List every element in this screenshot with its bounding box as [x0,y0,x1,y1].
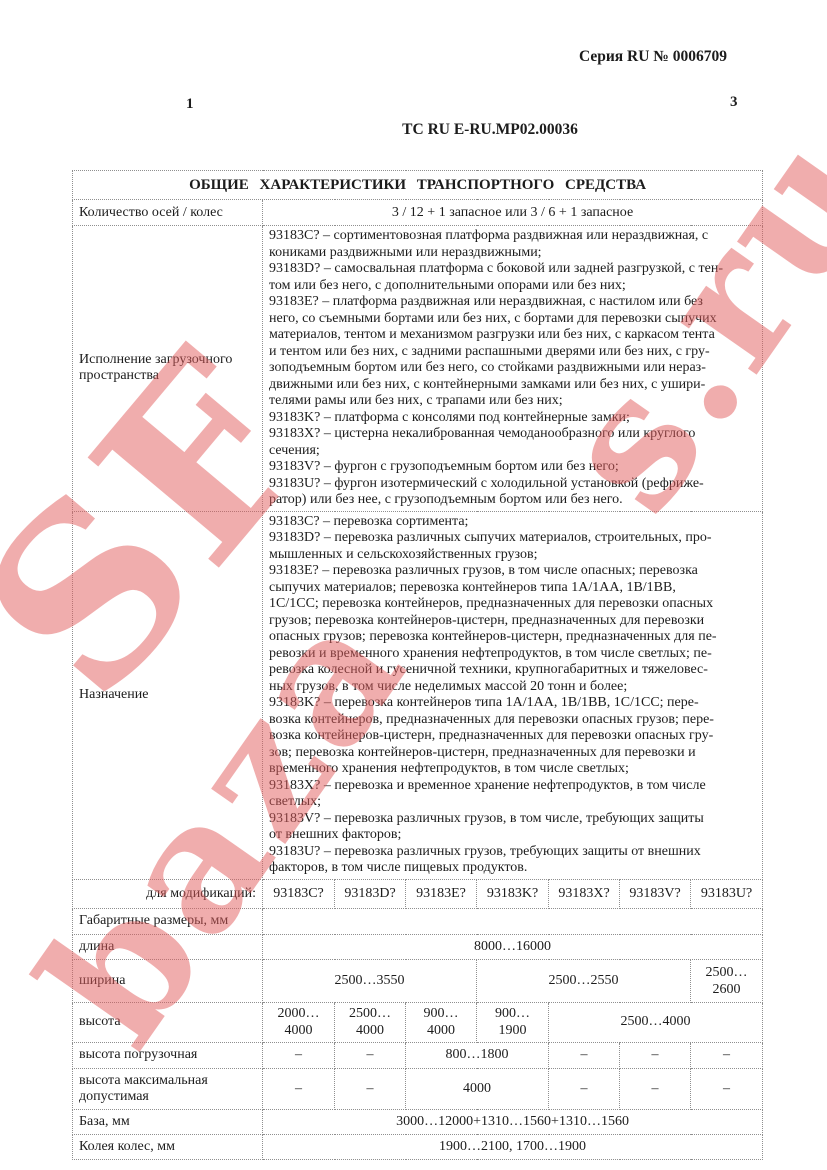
max-height-value: – [691,1068,763,1109]
axes-label: Количество осей / колес [73,200,263,226]
loading-height-value: – [263,1042,335,1068]
height-value: 900… 4000 [406,1002,477,1042]
max-height-value: – [549,1068,620,1109]
track-label: Колея колес, мм [73,1134,263,1159]
table-title-row: ОБЩИЕ ХАРАКТЕРИСТИКИ ТРАНСПОРТНОГО СРЕДС… [73,171,763,200]
dimensions-empty-cell [263,908,763,934]
loading-height-label: высота погрузочная [73,1042,263,1068]
height-row: высота 2000… 4000 2500… 4000 900… 4000 9… [73,1002,763,1042]
track-value: 1900…2100, 1700…1900 [263,1134,763,1159]
height-value: 900… 1900 [477,1002,549,1042]
base-label: База, мм [73,1109,263,1134]
approval-number: ТС RU E-RU.MP02.00036 [160,121,820,139]
max-height-row: высота максимальная допустимая – – 4000 … [73,1068,763,1109]
document-page: Серия RU № 0006709 1 3 ТС RU E-RU.MP02.0… [0,0,827,1170]
cargo-space-label: Исполнение загрузочного пространства [73,226,263,512]
loading-height-value: 800…1800 [406,1042,549,1068]
cargo-space-row: Исполнение загрузочного пространства 931… [73,226,763,512]
max-height-label: высота максимальная допустимая [73,1068,263,1109]
modification-code: 93183V? [620,879,691,908]
dimensions-label: Габаритные размеры, мм [73,908,263,934]
page-number-left: 1 [186,96,194,113]
base-value: 3000…12000+1310…1560+1310…1560 [263,1109,763,1134]
modification-code: 93183X? [549,879,620,908]
page-number-right: 3 [730,94,738,111]
modification-code: 93183U? [691,879,763,908]
width-value: 2500…2550 [477,959,691,1002]
dimensions-header-row: Габаритные размеры, мм [73,908,763,934]
height-value: 2500… 4000 [335,1002,406,1042]
max-height-value: – [335,1068,406,1109]
max-height-value: – [620,1068,691,1109]
width-value: 2500… 2600 [691,959,763,1002]
loading-height-value: – [691,1042,763,1068]
length-label: длина [73,934,263,959]
table-title: ОБЩИЕ ХАРАКТЕРИСТИКИ ТРАНСПОРТНОГО СРЕДС… [73,171,763,200]
purpose-row: Назначение 93183C? – перевозка сортимент… [73,511,763,879]
max-height-value: 4000 [406,1068,549,1109]
height-value: 2500…4000 [549,1002,763,1042]
axes-row: Количество осей / колес 3 / 12 + 1 запас… [73,200,763,226]
width-value: 2500…3550 [263,959,477,1002]
loading-height-value: – [620,1042,691,1068]
max-height-value: – [263,1068,335,1109]
width-label: ширина [73,959,263,1002]
modification-code: 93183C? [263,879,335,908]
loading-height-value: – [335,1042,406,1068]
characteristics-table: ОБЩИЕ ХАРАКТЕРИСТИКИ ТРАНСПОРТНОГО СРЕДС… [72,170,763,1160]
height-label: высота [73,1002,263,1042]
length-row: длина 8000…16000 [73,934,763,959]
purpose-label: Назначение [73,511,263,879]
track-row: Колея колес, мм 1900…2100, 1700…1900 [73,1134,763,1159]
loading-height-value: – [549,1042,620,1068]
purpose-value: 93183C? – перевозка сортимента; 93183D? … [263,511,763,879]
width-row: ширина 2500…3550 2500…2550 2500… 2600 [73,959,763,1002]
base-row: База, мм 3000…12000+1310…1560+1310…1560 [73,1109,763,1134]
modifications-row: для модификаций: 93183C? 93183D? 93183E?… [73,879,763,908]
series-number: Серия RU № 0006709 [579,48,727,66]
axes-value: 3 / 12 + 1 запасное или 3 / 6 + 1 запасн… [263,200,763,226]
modification-code: 93183K? [477,879,549,908]
modifications-label: для модификаций: [73,879,263,908]
cargo-space-value: 93183C? – сортиментовозная платформа раз… [263,226,763,512]
modification-code: 93183D? [335,879,406,908]
modification-code: 93183E? [406,879,477,908]
loading-height-row: высота погрузочная – – 800…1800 – – – [73,1042,763,1068]
height-value: 2000… 4000 [263,1002,335,1042]
length-value: 8000…16000 [263,934,763,959]
